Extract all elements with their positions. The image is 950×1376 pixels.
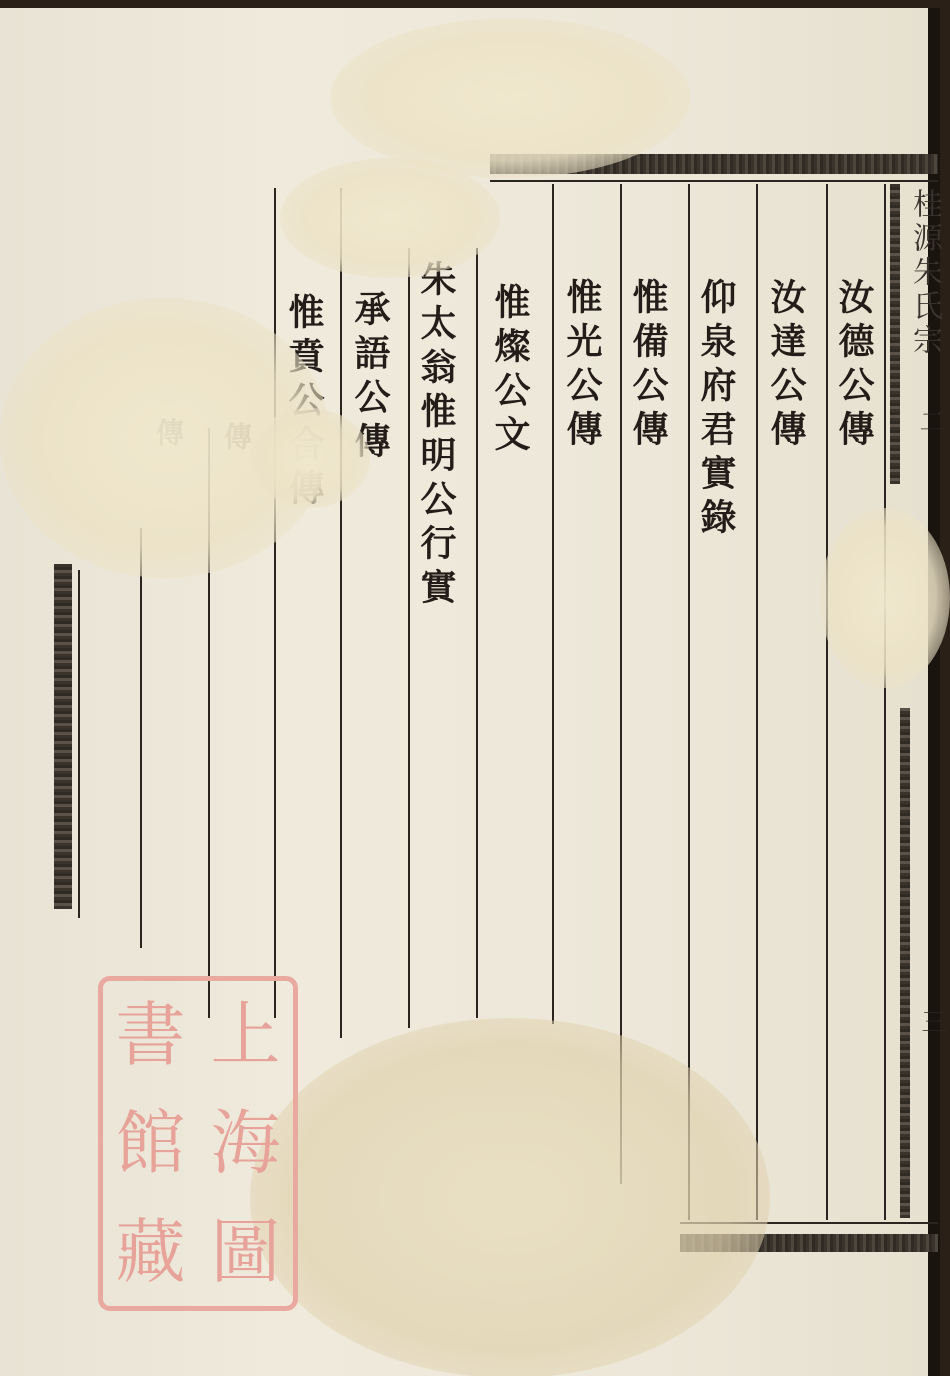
spine-border-lower: [900, 708, 910, 1218]
spine-rule: [884, 184, 886, 1220]
seal-char: 上: [198, 1000, 293, 1070]
spine-border-upper: [890, 184, 900, 484]
seal-char: 海: [198, 1108, 293, 1178]
left-rule: [78, 570, 80, 918]
column-rule: [476, 248, 478, 1018]
column-rule: [340, 188, 342, 1038]
toc-entry: 惟光公傳: [564, 278, 600, 454]
seal-char: 藏: [103, 1217, 198, 1287]
seal-char: 書: [103, 1000, 198, 1070]
column-rule: [274, 188, 276, 1018]
seal-char: 館: [103, 1108, 198, 1178]
volume-marker: 二: [912, 408, 949, 434]
column-rule: [552, 184, 554, 1024]
paper-damage: [330, 18, 690, 178]
column-rule: [140, 528, 142, 948]
seal-char: 圖: [198, 1217, 293, 1287]
folio-number: 三: [914, 1008, 950, 1034]
toc-entry: 惟燦公文: [492, 283, 528, 459]
paper-damage: [820, 508, 950, 688]
column-rule: [826, 184, 828, 1220]
column-rule: [408, 248, 410, 1028]
top-rule: [490, 180, 938, 182]
toc-entry: 惟備公傳: [630, 278, 666, 454]
scanned-page: 桂源朱氏宗 二 三 汝德公傳 汝達公傳 仰泉府君實錄 惟備公傳 惟光公傳 惟燦公…: [0, 8, 940, 1376]
margin-title: 桂源朱氏宗: [902, 188, 946, 358]
paper-damage: [250, 408, 370, 508]
left-border: [54, 564, 72, 909]
toc-entry: 汝德公傳: [836, 278, 872, 454]
column-rule: [756, 184, 758, 1220]
paper-damage: [250, 1018, 770, 1376]
toc-entry: 朱太翁惟明公行實: [418, 260, 454, 612]
toc-entry: 汝達公傳: [768, 278, 804, 454]
column-rule: [688, 184, 690, 1220]
toc-entry: 仰泉府君實錄: [698, 278, 734, 542]
library-seal: 書 上 館 海 藏 圖: [98, 976, 298, 1311]
paper-damage: [280, 158, 500, 278]
